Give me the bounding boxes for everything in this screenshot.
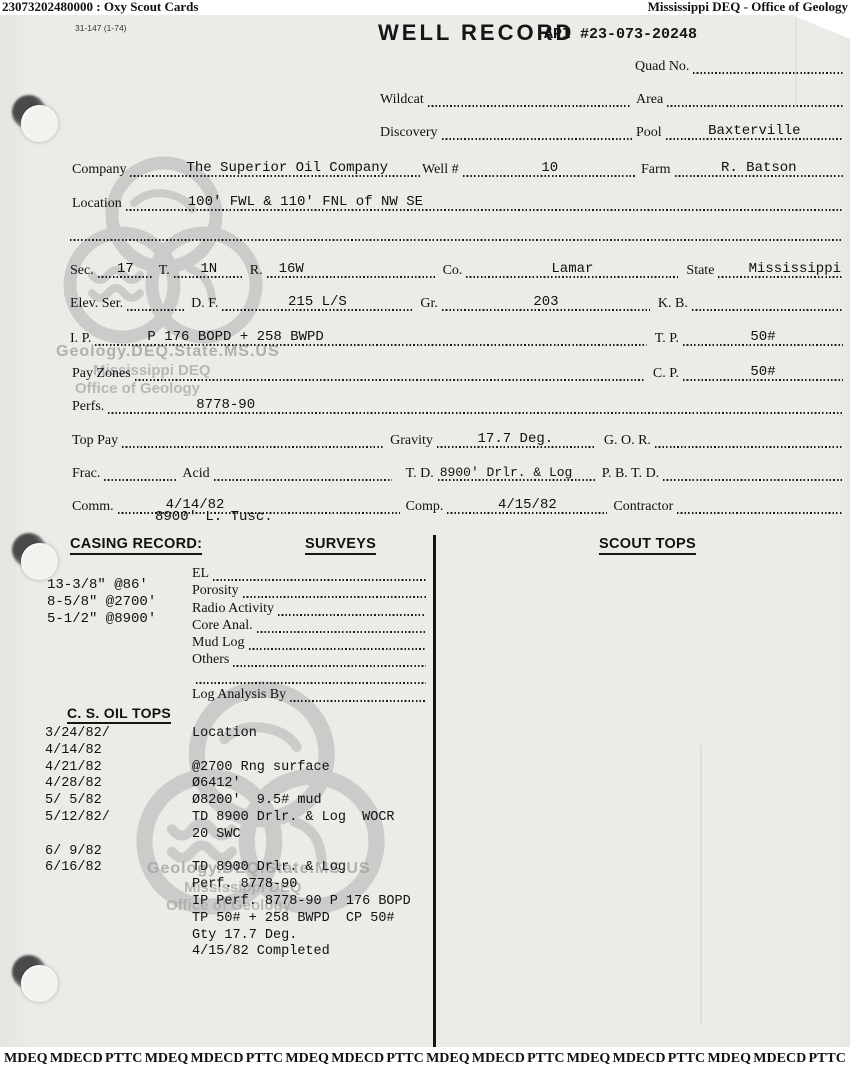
field-row-ip-tp: I. P. P 176 BOPD + 258 BWPD T. P. 50# — [70, 328, 843, 348]
field-label: C. P. — [645, 366, 683, 383]
field-label: T. — [153, 263, 174, 280]
comm-second-line: 8900' L. Tusc. — [155, 509, 273, 525]
field-value: 215 L/S — [222, 294, 412, 310]
cs-date: 5/ 5/82 — [45, 793, 110, 810]
cs-note: TD 8900 Drlr. & Log WOCR — [192, 810, 411, 827]
cs-note: Gty 17.7 Deg. — [192, 928, 411, 945]
field-row-frac-acid-td-pbtd: Frac. Acid T. D. 8900' Drlr. & Log P. B.… — [72, 463, 843, 483]
field-label: Comm. — [72, 499, 118, 516]
cs-date: 4/28/82 — [45, 776, 110, 793]
dotted-line: 50# — [683, 330, 843, 348]
footer-stamp: MDECD — [613, 1051, 666, 1067]
field-row-payzones-cp: Pay Zones C. P. 50# — [72, 363, 843, 383]
survey-label: Log Analysis By — [192, 687, 290, 704]
form-number: 31-147 (1-74) — [75, 23, 127, 33]
footer-stamp: PTTC — [808, 1051, 845, 1067]
cs-date: 5/12/82/ — [45, 810, 110, 827]
casing-entry: 8-5/8" @2700' — [47, 594, 156, 611]
footer-stamp: MDECD — [753, 1051, 806, 1067]
dotted-line — [693, 58, 843, 76]
field-label: Wildcat — [380, 92, 428, 109]
field-value: 17 — [98, 261, 153, 277]
dotted-line — [196, 671, 426, 686]
dotted-line — [677, 498, 843, 516]
field-value: 8900' Drlr. & Log — [438, 465, 596, 480]
survey-label: Mud Log — [192, 635, 249, 652]
survey-row: Mud Log — [192, 635, 426, 652]
field-discovery: Discovery — [380, 122, 632, 142]
cs-note: 20 SWC — [192, 827, 411, 844]
dotted-line: 203 — [442, 295, 650, 313]
footer-stamp: MDECD — [331, 1051, 384, 1067]
cs-date: 6/16/82 — [45, 860, 110, 877]
surveys-list: EL Porosity Radio Activity Core Anal. — [192, 566, 426, 704]
cs-date: 6/ 9/82 — [45, 844, 110, 861]
cs-note: Location — [192, 726, 411, 743]
field-label: Quad No. — [635, 59, 693, 76]
field-label: K. B. — [650, 296, 692, 313]
separator-dotted-line — [70, 231, 842, 241]
field-value: Baxterville — [666, 123, 843, 139]
field-quad-no: Quad No. — [635, 56, 843, 76]
field-company: Company The Superior Oil Company — [72, 159, 420, 179]
field-row-elevation: Elev. Ser. D. F. 215 L/S Gr. 203 K. B. — [70, 293, 843, 313]
surveys-heading: SURVEYS — [305, 536, 376, 555]
dotted-line: 8778-90 — [108, 398, 843, 416]
field-wildcat: Wildcat — [380, 89, 630, 109]
field-label: State — [678, 263, 718, 280]
dotted-line: 17 — [98, 262, 153, 280]
dotted-line — [243, 585, 426, 600]
field-value: Lamar — [466, 261, 678, 277]
field-label: I. P. — [70, 331, 95, 348]
cs-note: 4/15/82 Completed — [192, 944, 411, 961]
dotted-line: Mississippi — [718, 262, 843, 280]
punch-hole — [12, 533, 58, 579]
dotted-line — [233, 654, 426, 669]
field-value: Mississippi — [718, 261, 843, 277]
footer-stamp: MDEQ — [285, 1051, 329, 1067]
dotted-line: 100' FWL & 110' FNL of NW SE — [126, 195, 842, 213]
field-label: Comp. — [400, 499, 448, 516]
footer-stamp: PTTC — [105, 1051, 142, 1067]
cs-note — [192, 743, 411, 760]
casing-entry: 5-1/2" @8900' — [47, 611, 156, 628]
footer-stamp: PTTC — [668, 1051, 705, 1067]
survey-row: EL — [192, 566, 426, 583]
field-row-sec-t-r-co-state: Sec. 17 T. 1N R. 16W Co. Lamar State Mis… — [70, 260, 843, 280]
field-value: 10 — [463, 160, 637, 176]
field-farm: Farm R. Batson — [641, 159, 843, 179]
dotted-line — [249, 637, 427, 652]
dotted-line — [278, 603, 426, 618]
viewer-header-left: 23073202480000 : Oxy Scout Cards — [0, 0, 200, 14]
dotted-line — [127, 295, 185, 313]
cs-note — [192, 844, 411, 861]
footer-stamp: PTTC — [527, 1051, 564, 1067]
punch-hole-paper — [21, 543, 58, 580]
cs-date: 4/21/82 — [45, 760, 110, 777]
field-label: T. P. — [647, 331, 683, 348]
cs-note: Ø6412' — [192, 776, 411, 793]
dotted-line: 17.7 Deg. — [437, 432, 594, 450]
punch-hole — [12, 955, 58, 1001]
dotted-line: Baxterville — [666, 124, 843, 142]
field-well-number: Well # 10 — [422, 159, 637, 179]
dotted-line: 1N — [174, 262, 244, 280]
field-location: Location 100' FWL & 110' FNL of NW SE — [72, 193, 842, 213]
casing-record-heading: CASING RECORD: — [70, 536, 202, 555]
column-divider-line — [433, 535, 436, 1051]
api-number: API #23-073-20248 — [544, 26, 697, 43]
survey-row — [192, 669, 426, 686]
viewer-footer-bar: MDEQMDECDPTTCMDEQMDECDPTTCMDEQMDECDPTTCM… — [0, 1047, 850, 1071]
cs-note: Perf. 8778-90 — [192, 877, 411, 894]
dotted-line — [135, 365, 645, 383]
field-value: 50# — [683, 364, 843, 380]
field-label: Pool — [636, 125, 666, 142]
field-value: R. Batson — [675, 160, 843, 176]
field-label: Location — [72, 196, 126, 213]
field-value: 17.7 Deg. — [437, 431, 594, 447]
field-label: Top Pay — [72, 433, 122, 450]
cs-note: @2700 Rng surface — [192, 760, 411, 777]
cs-date: 3/24/82/ — [45, 726, 110, 743]
field-label: Area — [636, 92, 667, 109]
dotted-line: 50# — [683, 365, 843, 383]
cs-note: TD 8900 Drlr. & Log — [192, 860, 411, 877]
field-label: Contractor — [607, 499, 677, 516]
survey-row: Porosity — [192, 583, 426, 600]
dotted-line — [667, 91, 843, 109]
viewer-header-bar: 23073202480000 : Oxy Scout Cards Mississ… — [0, 0, 850, 15]
field-label: R. — [244, 263, 267, 280]
dotted-line — [257, 620, 426, 635]
footer-stamp: PTTC — [246, 1051, 283, 1067]
field-label: Perfs. — [72, 399, 108, 416]
dotted-line: 8900' Drlr. & Log — [438, 465, 596, 483]
viewer-header-right: Mississippi DEQ - Office of Geology — [646, 0, 850, 14]
field-area: Area — [636, 89, 843, 109]
dotted-line — [122, 432, 384, 450]
field-label: Gr. — [412, 296, 442, 313]
field-value: 8778-90 — [108, 397, 843, 413]
dotted-line — [213, 568, 426, 583]
field-label: Elev. Ser. — [70, 296, 127, 313]
survey-row: Radio Activity — [192, 600, 426, 617]
survey-row: Log Analysis By — [192, 686, 426, 703]
punch-hole-paper — [21, 965, 58, 1002]
cs-oil-tops-dates: 3/24/82/4/14/824/21/824/28/825/ 5/825/12… — [45, 726, 110, 877]
punch-hole-paper — [21, 105, 58, 142]
field-row-toppay-gravity-gor: Top Pay Gravity 17.7 Deg. G. O. R. — [72, 430, 843, 450]
dotted-line — [663, 465, 843, 483]
scanned-well-record-card: Geology.DEQ.State.MS.US Mississippi DEQ … — [0, 15, 850, 1047]
footer-stamp: MDECD — [191, 1051, 244, 1067]
dotted-line: Lamar — [466, 262, 678, 280]
dotted-line — [428, 91, 630, 109]
field-value: The Superior Oil Company — [130, 160, 420, 176]
field-value: P 176 BOPD + 258 BWPD — [95, 329, 646, 345]
scout-tops-heading: SCOUT TOPS — [599, 536, 696, 555]
field-label: Co. — [435, 263, 467, 280]
paper-crease — [700, 745, 702, 1025]
field-label: Pay Zones — [72, 366, 135, 383]
survey-row: Core Anal. — [192, 618, 426, 635]
field-value: 100' FWL & 110' FNL of NW SE — [126, 194, 842, 210]
dotted-line: The Superior Oil Company — [130, 161, 420, 179]
cs-note: Ø8200' 9.5# mud — [192, 793, 411, 810]
punch-hole — [12, 95, 58, 141]
survey-label: Radio Activity — [192, 601, 278, 618]
field-label: Acid — [176, 466, 213, 483]
field-value: 4/15/82 — [447, 497, 607, 513]
field-label: T. D. — [392, 466, 438, 483]
field-label: G. O. R. — [594, 433, 655, 450]
footer-stamp: MDECD — [50, 1051, 103, 1067]
field-label: Frac. — [72, 466, 104, 483]
survey-row: Others — [192, 652, 426, 669]
survey-label: EL — [192, 566, 213, 583]
footer-stamp: PTTC — [386, 1051, 423, 1067]
field-value: 1N — [174, 261, 244, 277]
cs-note: IP Perf. 8778-90 P 176 BOPD — [192, 894, 411, 911]
casing-entry: 13-3/8" @86' — [47, 577, 156, 594]
scout-card-page: 23073202480000 : Oxy Scout Cards Mississ… — [0, 0, 850, 1071]
dotted-line: R. Batson — [675, 161, 843, 179]
field-label: Well # — [422, 162, 463, 179]
dotted-line — [655, 432, 843, 450]
cs-note: TP 50# + 258 BWPD CP 50# — [192, 911, 411, 928]
dotted-line — [290, 689, 426, 704]
cs-date: 4/14/82 — [45, 743, 110, 760]
cs-date — [45, 827, 110, 844]
dotted-line: 16W — [267, 262, 435, 280]
footer-stamp: MDEQ — [4, 1051, 48, 1067]
field-label: Gravity — [384, 433, 437, 450]
dotted-line — [692, 295, 843, 313]
footer-stamp: MDEQ — [426, 1051, 470, 1067]
field-perfs: Perfs. 8778-90 — [72, 396, 843, 416]
field-value: 203 — [442, 294, 650, 310]
field-value: 50# — [683, 329, 843, 345]
cs-oil-tops-heading: C. S. OIL TOPS — [67, 705, 171, 724]
dotted-line — [214, 465, 392, 483]
field-pool: Pool Baxterville — [636, 122, 843, 142]
field-label: Company — [72, 162, 130, 179]
dotted-line — [442, 124, 632, 142]
dotted-line: 4/15/82 — [447, 498, 607, 516]
field-label: Farm — [641, 162, 675, 179]
field-value: 16W — [267, 261, 435, 277]
footer-stamp: MDEQ — [145, 1051, 189, 1067]
dotted-line — [104, 465, 176, 483]
field-label: Sec. — [70, 263, 98, 280]
footer-stamp: MDECD — [472, 1051, 525, 1067]
casing-entries: 13-3/8" @86'8-5/8" @2700'5-1/2" @8900' — [47, 577, 156, 628]
footer-stamp: MDEQ — [707, 1051, 751, 1067]
cs-oil-tops-notes: Location@2700 Rng surfaceØ6412'Ø8200' 9.… — [192, 726, 411, 961]
field-label: D. F. — [185, 296, 222, 313]
dotted-line: P 176 BOPD + 258 BWPD — [95, 330, 646, 348]
footer-stamp: MDEQ — [567, 1051, 611, 1067]
survey-label: Porosity — [192, 583, 243, 600]
dotted-line: 10 — [463, 161, 637, 179]
dotted-line: 215 L/S — [222, 295, 412, 313]
field-label: Discovery — [380, 125, 442, 142]
field-label: P. B. T. D. — [596, 466, 663, 483]
torn-corner — [792, 15, 850, 39]
survey-label: Core Anal. — [192, 618, 257, 635]
survey-label: Others — [192, 652, 233, 669]
